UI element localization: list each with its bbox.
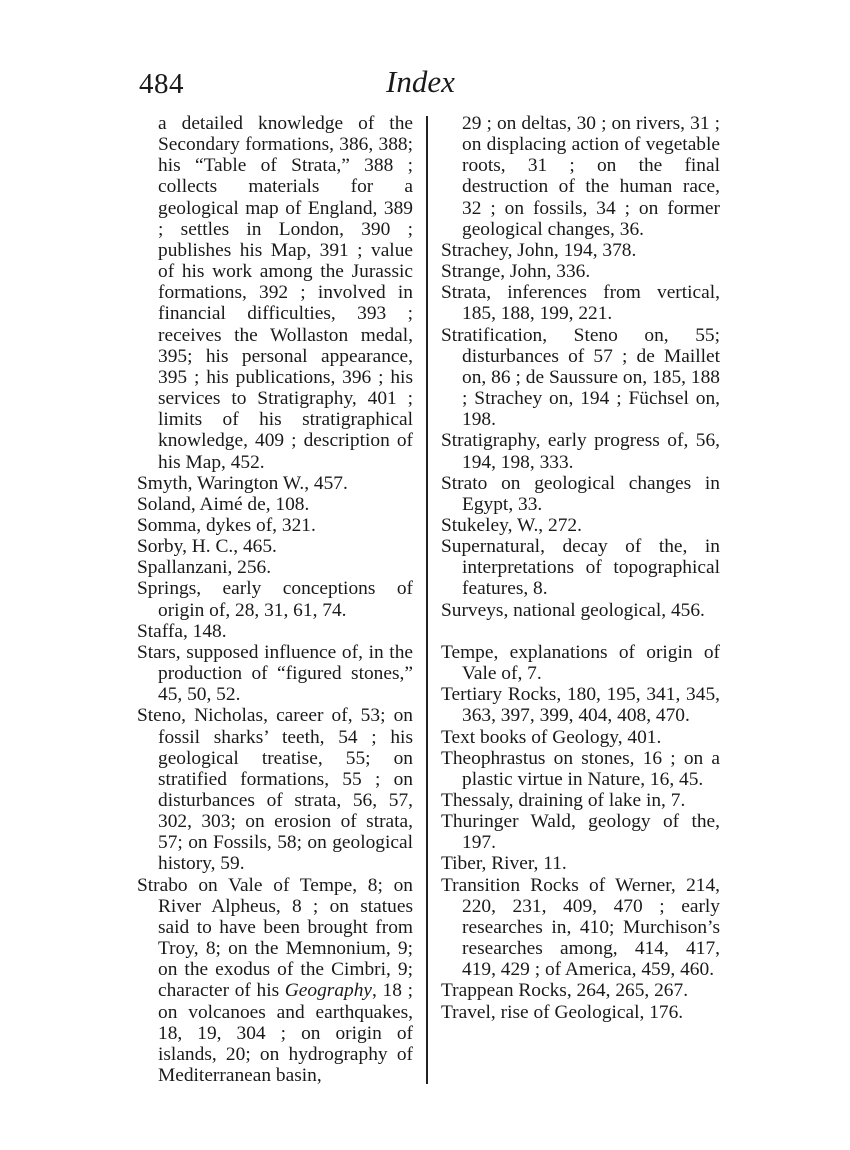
- index-entry: Soland, Aimé de, 108.: [137, 494, 413, 515]
- index-entry: Supernatural, decay of the, in interpret…: [441, 536, 720, 599]
- index-entry: Tertiary Rocks, 180, 195, 341, 345, 363,…: [441, 684, 720, 726]
- index-entry-continuation: a detailed knowledge of the Secondary fo…: [137, 113, 413, 473]
- left-column: a detailed knowledge of the Secondary fo…: [137, 113, 413, 1086]
- index-entry: Trappean Rocks, 264, 265, 267.: [441, 980, 720, 1001]
- index-entry: Strange, John, 336.: [441, 261, 720, 282]
- index-entry: Surveys, national geological, 456.: [441, 600, 720, 621]
- page-number: 484: [139, 68, 184, 101]
- index-entry: Theophrastus on stones, 16 ; on a plasti…: [441, 748, 720, 790]
- index-entry: Springs, early conceptions of origin of,…: [137, 578, 413, 620]
- index-entry: Steno, Nicholas, career of, 53; on fossi…: [137, 705, 413, 874]
- index-entry: Stars, supposed influence of, in the pro…: [137, 642, 413, 705]
- index-entry: Thessaly, draining of lake in, 7.: [441, 790, 720, 811]
- index-entry: Thuringer Wald, geology of the, 197.: [441, 811, 720, 853]
- index-entry: Somma, dykes of, 321.: [137, 515, 413, 536]
- index-entry: Text books of Geology, 401.: [441, 727, 720, 748]
- index-entry: Tempe, explanations of origin of Vale of…: [441, 642, 720, 684]
- running-head: Index: [386, 64, 455, 100]
- index-entry-strabo: Strabo on Vale of Tempe, 8; on River Alp…: [137, 875, 413, 1087]
- index-entry: Stratigraphy, early progress of, 56, 194…: [441, 430, 720, 472]
- index-entry: Smyth, Warington W., 457.: [137, 473, 413, 494]
- column-divider: [426, 116, 428, 1084]
- book-title: Geography: [285, 980, 372, 1001]
- index-entry: Travel, rise of Geological, 176.: [441, 1002, 720, 1023]
- letter-section-gap: [441, 621, 720, 642]
- right-column: 29 ; on deltas, 30 ; on rivers, 31 ; on …: [441, 113, 720, 1023]
- index-entry: Strato on geological changes in Egypt, 3…: [441, 473, 720, 515]
- index-entry: Spallanzani, 256.: [137, 557, 413, 578]
- index-entry: Transition Rocks of Werner, 214, 220, 23…: [441, 875, 720, 981]
- index-entry: Sorby, H. C., 465.: [137, 536, 413, 557]
- index-entry: Strachey, John, 194, 378.: [441, 240, 720, 261]
- index-entry: Staffa, 148.: [137, 621, 413, 642]
- index-entry: Stratification, Steno on, 55; disturbanc…: [441, 325, 720, 431]
- index-entry: Stukeley, W., 272.: [441, 515, 720, 536]
- index-entry-continuation: 29 ; on deltas, 30 ; on rivers, 31 ; on …: [441, 113, 720, 240]
- index-entry: Tiber, River, 11.: [441, 853, 720, 874]
- index-entry: Strata, inferences from vertical, 185, 1…: [441, 282, 720, 324]
